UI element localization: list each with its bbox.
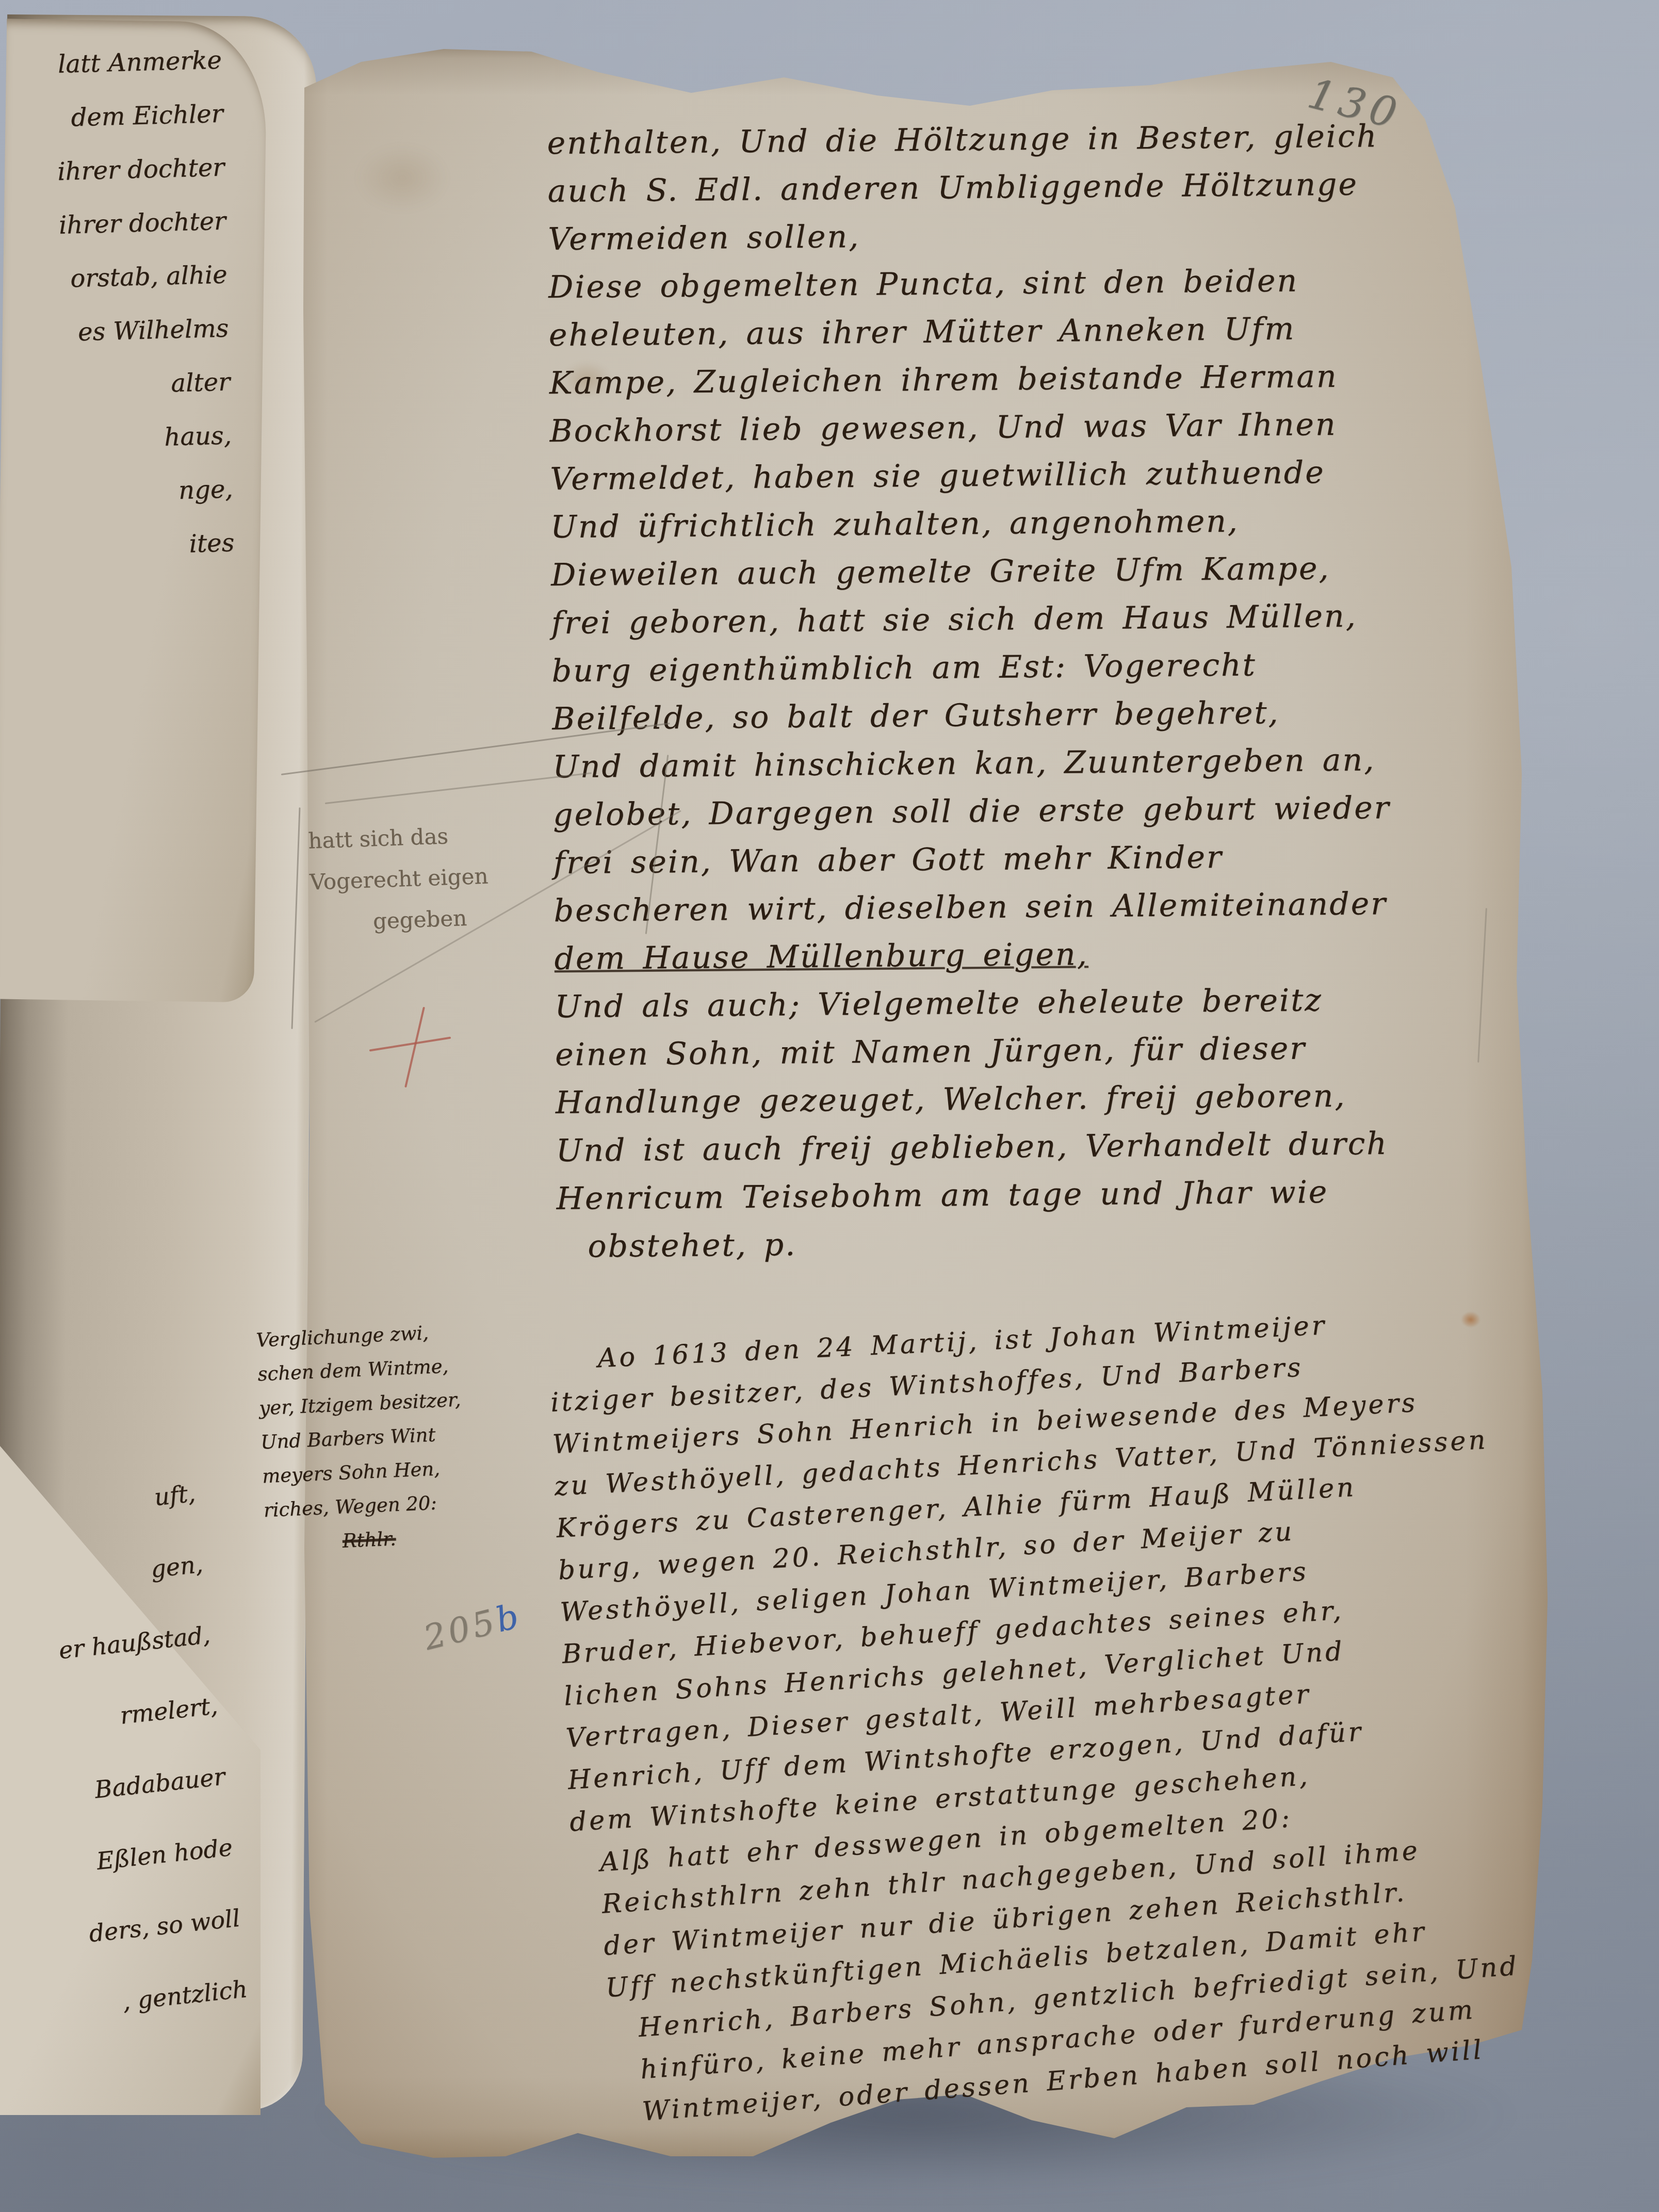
text-line: auch S. Edl. anderen Umbliggende Höltzun…	[547, 160, 1385, 216]
text-section-entry-1613: Ao 1613 den 24 Martij, ist Johan Wintmei…	[548, 1298, 1524, 2124]
text-line: Vermeiden sollen,	[548, 208, 1386, 264]
ink-margin-note: Verglichunge zwi,schen dem Wintme,yer, I…	[255, 1313, 513, 1562]
text-line: Dieweilen auch gemelte Greite Ufm Kampe,	[551, 544, 1389, 599]
text-line: Diese obgemelten Puncta, sint den beiden	[548, 256, 1386, 312]
text-line: frei sein, Wan aber Gott mehr Kinder	[553, 832, 1391, 887]
text-line: einen Sohn, mit Namen Jürgen, für dieser	[555, 1024, 1393, 1079]
text-line: eheleuten, aus ihrer Mütter Anneken Ufm	[549, 304, 1387, 360]
text-line: Und üfrichtlich zuhalten, angenohmen,	[550, 496, 1388, 551]
text-fragment: ihrer dochter	[3, 194, 227, 253]
text-line: dem Hause Müllenburg eigen,	[554, 928, 1392, 983]
paper-stain	[356, 144, 449, 212]
text-line: enthalten, Und die Höltzunge in Bester, …	[547, 112, 1385, 168]
text-fragment: orstab, alhie	[4, 248, 228, 307]
text-line: bescheren wirt, dieselben sein Allemitei…	[554, 880, 1391, 935]
manuscript-photo: latt Anmerkedem Eichlerihrer dochterihre…	[0, 0, 1659, 2212]
text-line: Henricum Teisebohm am tage und Jhar wie	[556, 1168, 1394, 1223]
text-line: Und damit hinschicken kan, Zuuntergeben …	[552, 736, 1390, 791]
text-line: Vermeldet, haben sie guetwillich zuthuen…	[550, 448, 1388, 503]
text-fragment: alter	[7, 355, 231, 414]
text-line: Kampe, Zugleichen ihrem beistande Herman	[549, 352, 1387, 408]
text-line: burg eigenthümblich am Est: Vogerecht	[551, 640, 1389, 695]
text-fragment: haus,	[8, 409, 233, 468]
text-section-continuation: enthalten, Und die Höltzunge in Bester, …	[547, 112, 1394, 1271]
text-line: Und ist auch freij geblieben, Verhandelt…	[556, 1120, 1393, 1175]
text-fragment: dem Eichler	[0, 87, 224, 146]
text-line: frei geboren, hatt sie sich dem Haus Mül…	[551, 592, 1389, 647]
left-page-text-fragments-top: latt Anmerkedem Eichlerihrer dochterihre…	[0, 34, 235, 576]
text-line: Beilfelde, so balt der Gutsherr begehret…	[552, 688, 1390, 743]
text-line: Und als auch; Vielgemelte eheleute berei…	[555, 976, 1392, 1031]
text-fragment: nge,	[9, 462, 234, 522]
text-line: Handlunge gezeuget, Welcher. freij gebor…	[556, 1072, 1393, 1127]
text-fragment: ites	[11, 516, 235, 575]
text-line: Bockhorst lieb gewesen, Und was Var Ihne…	[549, 400, 1387, 456]
text-fragment: ihrer dochter	[1, 140, 225, 200]
text-line: obstehet, p.	[557, 1216, 1394, 1271]
text-fragment: es Wilhelms	[5, 301, 230, 361]
text-fragment: latt Anmerke	[0, 34, 222, 93]
pencil-margin-note: hatt sich dasVogerecht eigengegeben	[307, 810, 621, 945]
